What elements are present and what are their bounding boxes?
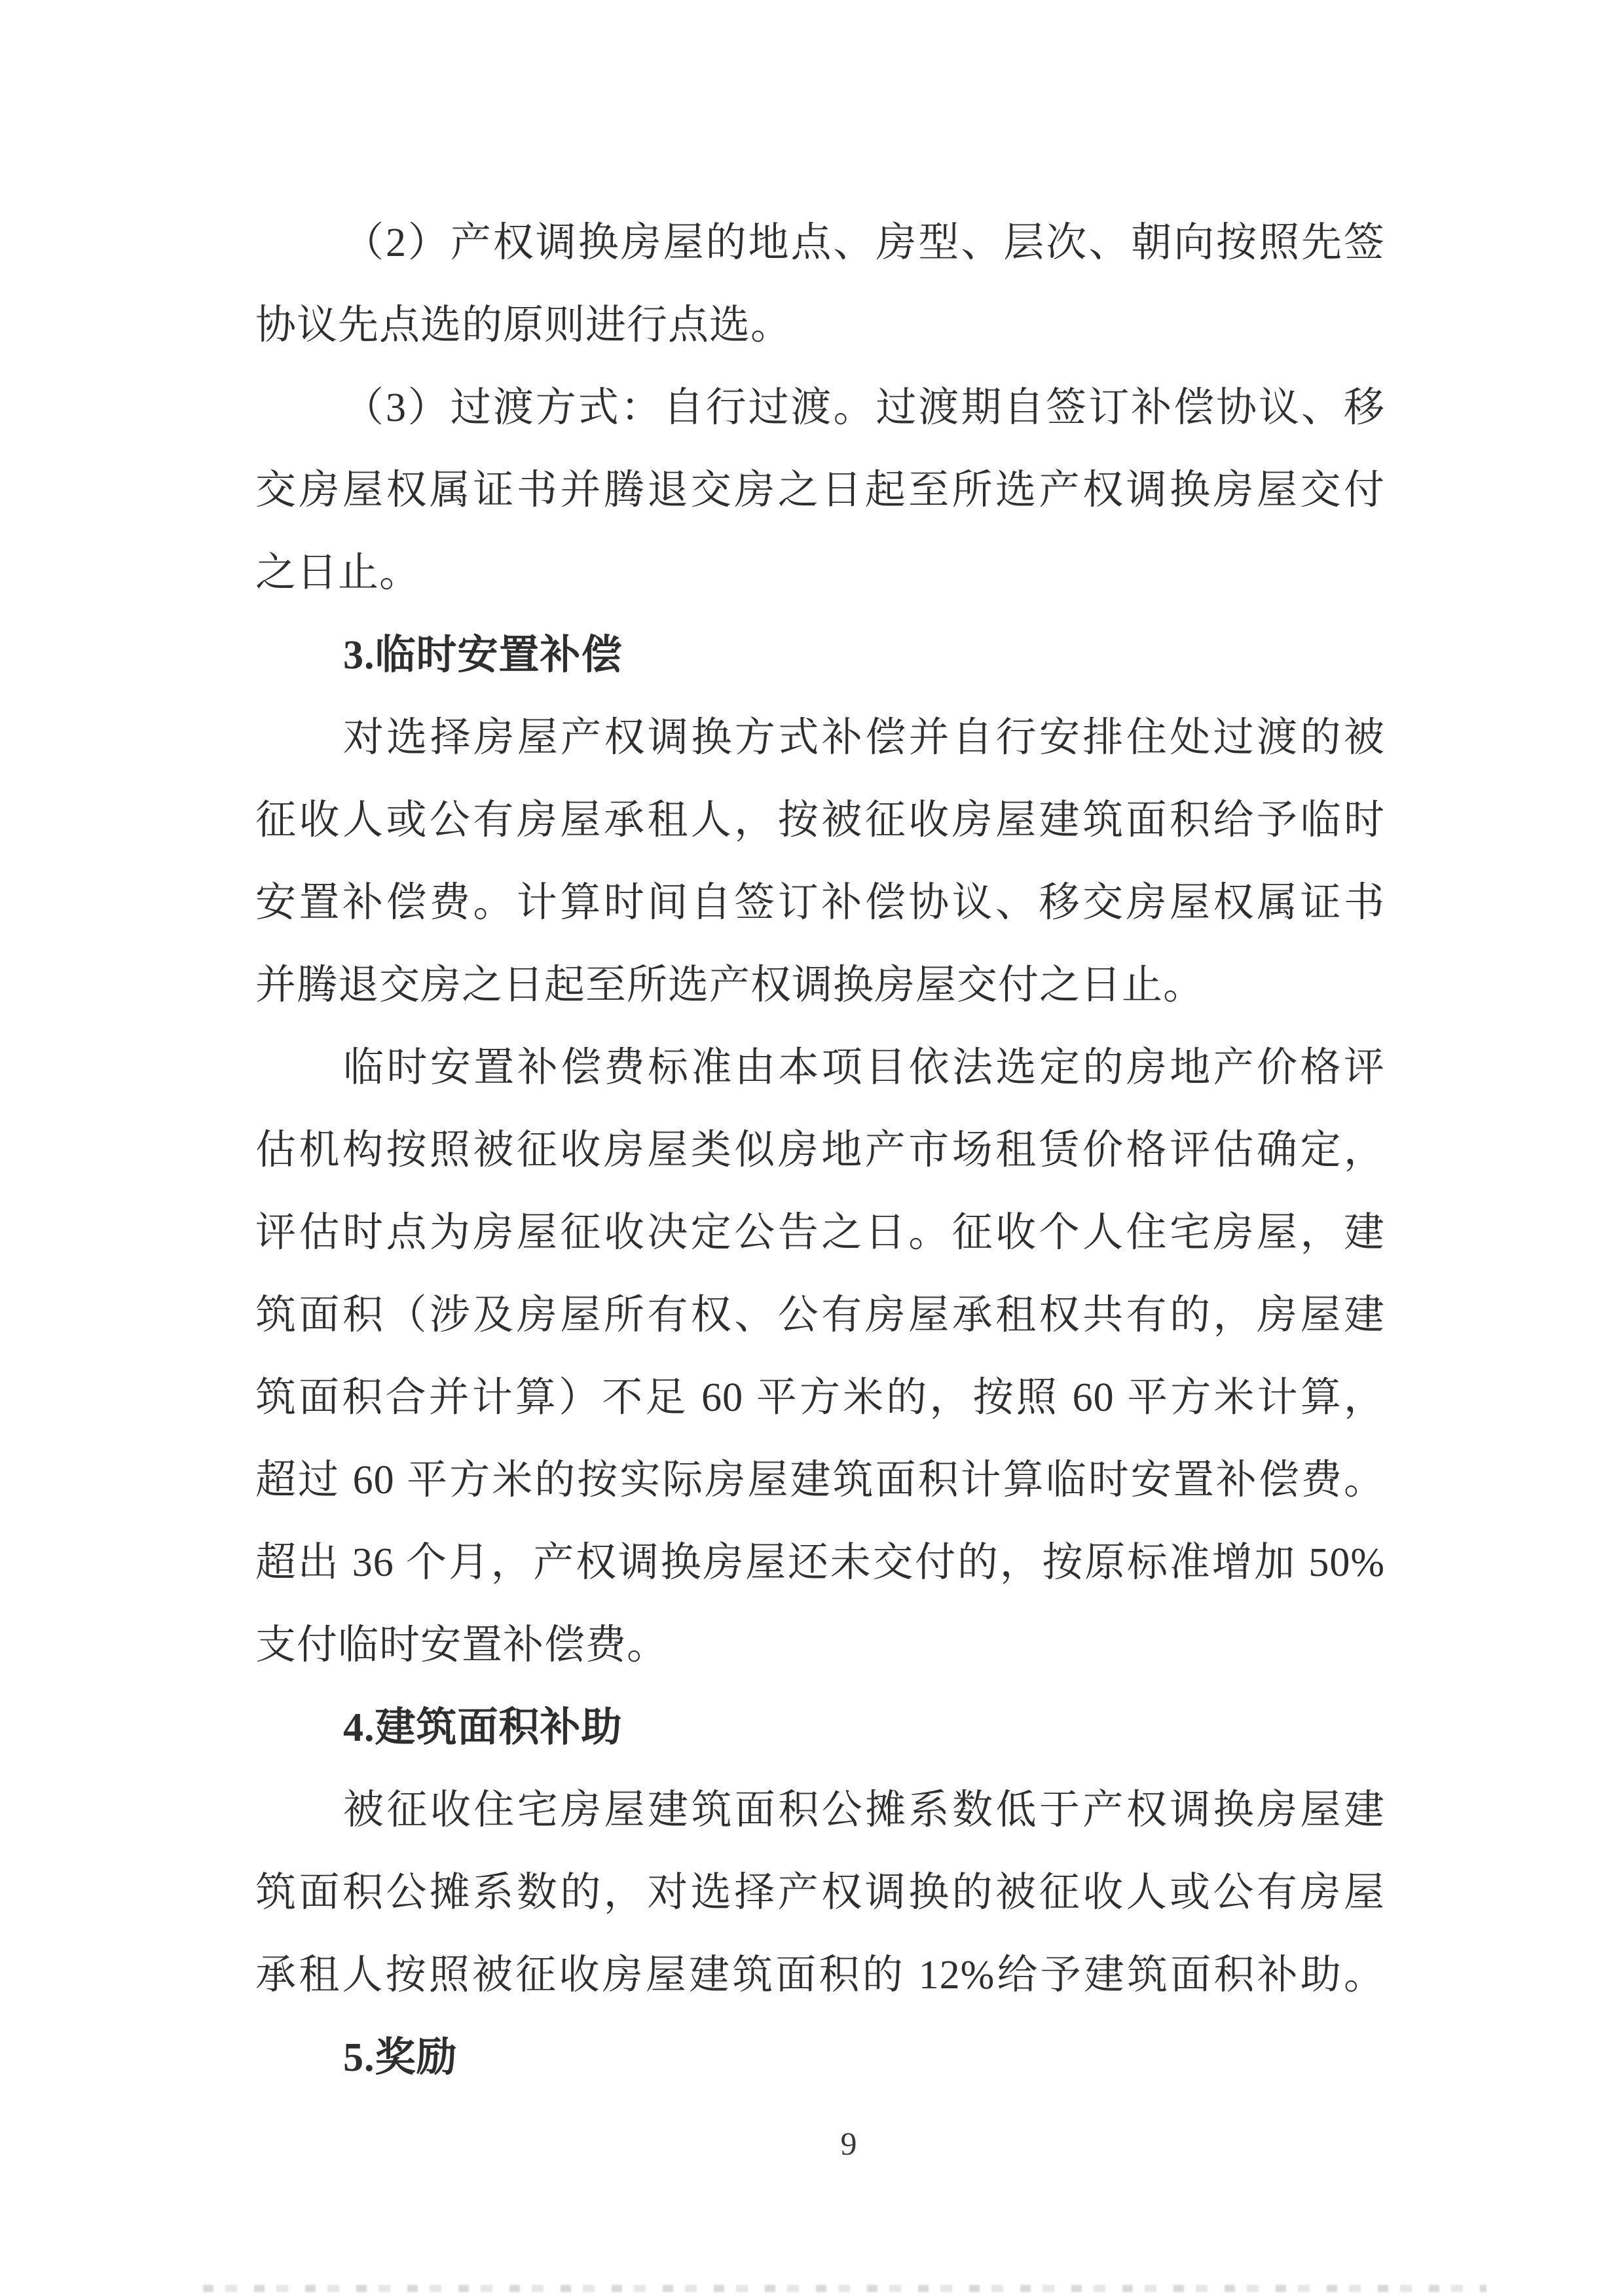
heading-floor-area-subsidy: 4.建筑面积补助: [255, 1686, 1385, 1769]
text-line-9: 安置补偿费。计算时间自签订补偿协议、移交房屋权属证书: [255, 862, 1385, 944]
text-line-2: 协议先点选的原则进行点选。: [255, 284, 1385, 367]
text-line-11: 临时安置补偿费标准由本项目依法选定的房地产价格评: [255, 1027, 1385, 1109]
text-line-14: 筑面积（涉及房屋所有权、公有房屋承租权共有的，房屋建: [255, 1274, 1385, 1357]
text-line-17: 超出 36 个月，产权调换房屋还未交付的，按原标准增加 50%: [255, 1522, 1385, 1604]
document-page: （2）产权调换房屋的地点、房型、层次、朝向按照先签 协议先点选的原则进行点选。 …: [0, 0, 1624, 2296]
text-line-4: 交房屋权属证书并腾退交房之日起至所选产权调换房屋交付: [255, 449, 1385, 532]
document-text-block: （2）产权调换房屋的地点、房型、层次、朝向按照先签 协议先点选的原则进行点选。 …: [255, 202, 1385, 2099]
text-line-21: 筑面积公摊系数的，对选择产权调换的被征收人或公有房屋: [255, 1851, 1385, 1934]
text-line-7: 对选择房屋产权调换方式补偿并自行安排住处过渡的被: [255, 697, 1385, 779]
text-line-10: 并腾退交房之日起至所选产权调换房屋交付之日止。: [255, 944, 1385, 1027]
text-line-16: 超过 60 平方米的按实际房屋建筑面积计算临时安置补偿费。: [255, 1439, 1385, 1522]
scan-bleed-artifact: [203, 2285, 1486, 2292]
text-line-22: 承租人按照被征收房屋建筑面积的 12%给予建筑面积补助。: [255, 1934, 1385, 2016]
text-line-18: 支付临时安置补偿费。: [255, 1604, 1385, 1686]
text-line-20: 被征收住宅房屋建筑面积公摊系数低于产权调换房屋建: [255, 1769, 1385, 1851]
text-line-13: 评估时点为房屋征收决定公告之日。征收个人住宅房屋，建: [255, 1192, 1385, 1274]
heading-reward: 5.奖励: [255, 2016, 1385, 2099]
text-line-1: （2）产权调换房屋的地点、房型、层次、朝向按照先签: [255, 202, 1385, 284]
text-line-15: 筑面积合并计算）不足 60 平方米的，按照 60 平方米计算，: [255, 1357, 1385, 1439]
text-line-12: 估机构按照被征收房屋类似房地产市场租赁价格评估确定，: [255, 1109, 1385, 1192]
page-number: 9: [0, 2124, 1624, 2163]
text-line-5: 之日止。: [255, 532, 1385, 614]
heading-temporary-resettlement-compensation: 3.临时安置补偿: [255, 614, 1385, 697]
text-line-3: （3）过渡方式：自行过渡。过渡期自签订补偿协议、移: [255, 367, 1385, 449]
text-line-8: 征收人或公有房屋承租人，按被征收房屋建筑面积给予临时: [255, 779, 1385, 862]
